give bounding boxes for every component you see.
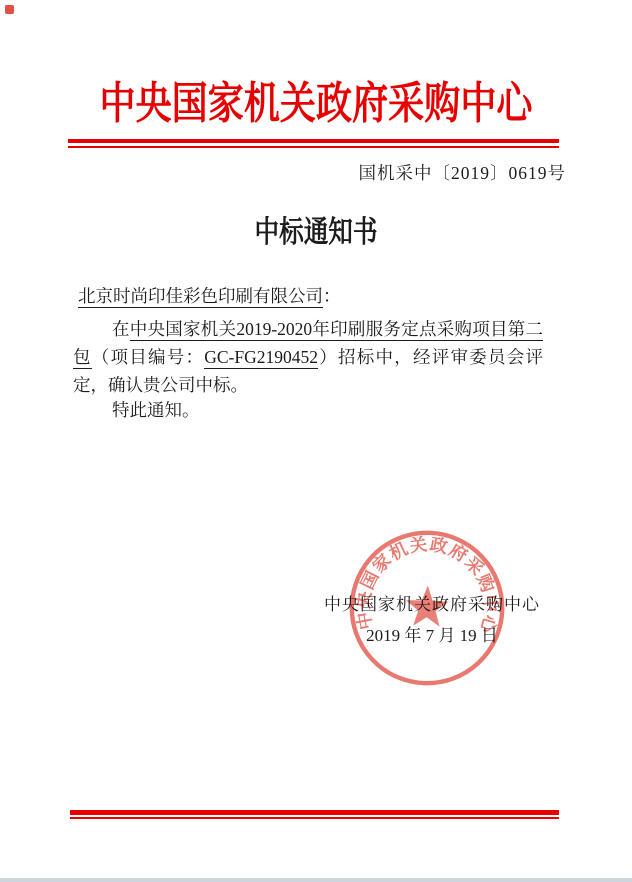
recipient-line: 北京时尚印佳彩色印刷有限公司：: [78, 285, 341, 307]
document-page: 中央国家机关政府采购中心 国机采中〔2019〕0619号 中标通知书 北京时尚印…: [0, 0, 632, 882]
page-bottom-edge: [0, 878, 632, 882]
recipient-colon: ：: [323, 286, 341, 306]
footer-rule-thin: [70, 817, 559, 819]
notice-line: 特此通知。: [112, 399, 200, 421]
footer-rule-thick: [70, 810, 559, 815]
star-icon: [405, 585, 449, 627]
body-paragraph: 在中央国家机关2019-2020年印刷服务定点采购项目第二包（项目编号：GC-F…: [73, 315, 543, 399]
letterhead-rule-thick: [68, 139, 559, 143]
doc-title: 中标通知书: [57, 217, 575, 249]
project-code: GC-FG2190452: [204, 347, 318, 369]
scan-artifact: [5, 5, 14, 14]
stamp-ring-text: 中央国家机关政府采购中心: [352, 531, 504, 636]
letterhead-rule-thin: [68, 146, 559, 148]
official-seal-stamp: 中央国家机关政府采购中心: [344, 525, 509, 690]
body-lead: 在: [112, 319, 130, 339]
doc-number: 国机采中〔2019〕0619号: [359, 163, 567, 184]
recipient-company: 北京时尚印佳彩色印刷有限公司: [78, 286, 323, 308]
stamp-ring-text-holder: 中央国家机关政府采购中心: [352, 531, 504, 636]
letterhead-org-name: 中央国家机关政府采购中心: [57, 80, 575, 128]
project-code-prefix: （项目编号：: [92, 347, 205, 367]
